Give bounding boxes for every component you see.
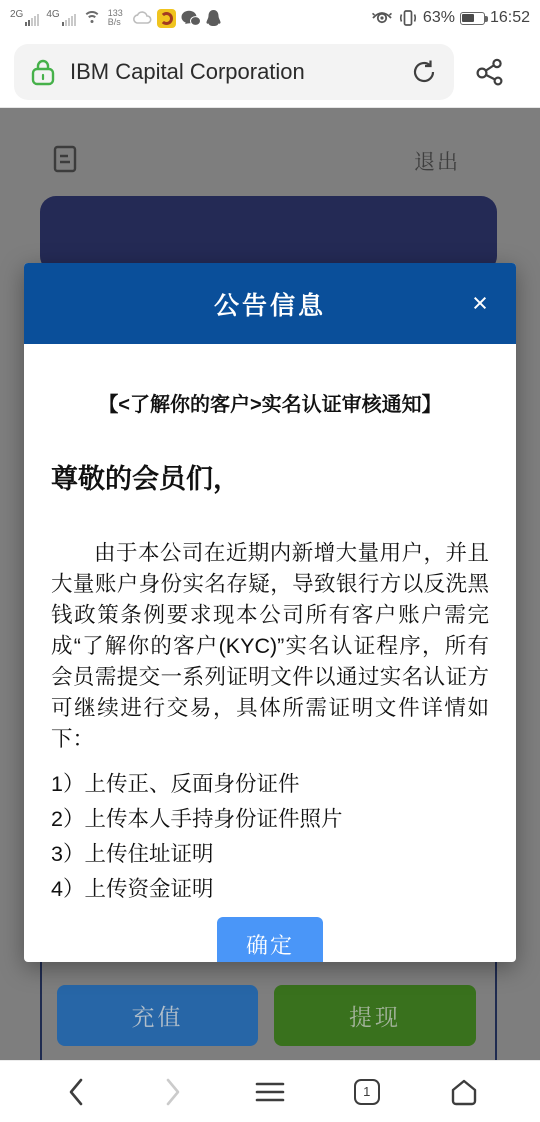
menu-icon[interactable]	[248, 1070, 292, 1114]
browser-address-bar: IBM Capital Corporation	[0, 36, 540, 108]
network-speed: 133 B/s	[108, 9, 123, 27]
announcement-modal: 公告信息 × 【<了解你的客户>实名认证审核通知】 尊敬的会员们， 由于本公司在…	[24, 263, 516, 962]
chat-app-icon	[181, 10, 201, 27]
tabs-icon[interactable]: 1	[345, 1070, 389, 1114]
container-border-right	[495, 960, 497, 1060]
modal-body: 【<了解你的客户>实名认证审核通知】 尊敬的会员们， 由于本公司在近期内新增大量…	[24, 344, 516, 962]
share-icon[interactable]	[474, 56, 506, 88]
wifi-icon	[83, 11, 101, 25]
site-title[interactable]: IBM Capital Corporation	[70, 59, 396, 85]
lock-icon[interactable]	[30, 57, 56, 87]
penguin-app-icon	[206, 9, 221, 27]
browser-bottom-nav: 1	[0, 1060, 540, 1122]
vibrate-icon	[398, 9, 418, 27]
modal-header: 公告信息 ×	[24, 263, 516, 344]
banner-card	[40, 196, 497, 272]
recharge-button[interactable]: 充值	[57, 985, 258, 1046]
close-icon[interactable]: ×	[462, 286, 498, 322]
notification-icons	[132, 9, 221, 28]
kyc-requirement-4: 4）上传资金证明	[51, 872, 489, 907]
cloud-app-icon	[132, 10, 152, 26]
document-icon[interactable]	[52, 144, 78, 174]
yellow-app-icon	[157, 9, 176, 28]
clock-label: 16:52	[490, 9, 530, 27]
confirm-button[interactable]: 确定	[217, 917, 323, 962]
address-field[interactable]: IBM Capital Corporation	[14, 44, 454, 100]
home-icon[interactable]	[442, 1070, 486, 1114]
kyc-requirements-list: 1）上传正、反面身份证件 2）上传本人手持身份证件照片 3）上传住址证明 4）上…	[51, 767, 489, 907]
signal-2g-icon: 2G	[10, 10, 39, 26]
notice-paragraph: 由于本公司在近期内新增大量用户，并且大量账户身份实名存疑，导致银行方以反洗黑钱政…	[51, 538, 489, 755]
logout-link[interactable]: 退出	[414, 146, 460, 176]
notice-title: 【<了解你的客户>实名认证审核通知】	[51, 344, 489, 417]
phone-screen: 2G 4G 133 B/s 63% 16:52 IBM C	[0, 0, 540, 1122]
kyc-requirement-2: 2）上传本人手持身份证件照片	[51, 802, 489, 837]
kyc-requirement-1: 1）上传正、反面身份证件	[51, 767, 489, 802]
forward-icon	[151, 1070, 195, 1114]
site-header: 退出	[0, 138, 540, 182]
container-border-left	[40, 960, 42, 1060]
battery-icon	[460, 12, 485, 25]
signal-4g-icon: 4G	[46, 10, 75, 26]
refresh-icon[interactable]	[410, 58, 438, 86]
battery-percent-label: 63%	[423, 9, 455, 27]
kyc-requirement-3: 3）上传住址证明	[51, 837, 489, 872]
status-bar-right: 63% 16:52	[371, 9, 530, 27]
network-type-label: 2G	[10, 10, 23, 20]
greeting-text: 尊敬的会员们，	[51, 457, 489, 496]
eye-comfort-icon	[371, 10, 393, 26]
modal-title: 公告信息	[214, 286, 326, 322]
back-icon[interactable]	[54, 1070, 98, 1114]
withdraw-button[interactable]: 提现	[274, 985, 476, 1046]
network-type-label: 4G	[46, 10, 59, 20]
tab-count-badge[interactable]: 1	[354, 1079, 380, 1105]
status-bar: 2G 4G 133 B/s 63% 16:52	[0, 0, 540, 36]
